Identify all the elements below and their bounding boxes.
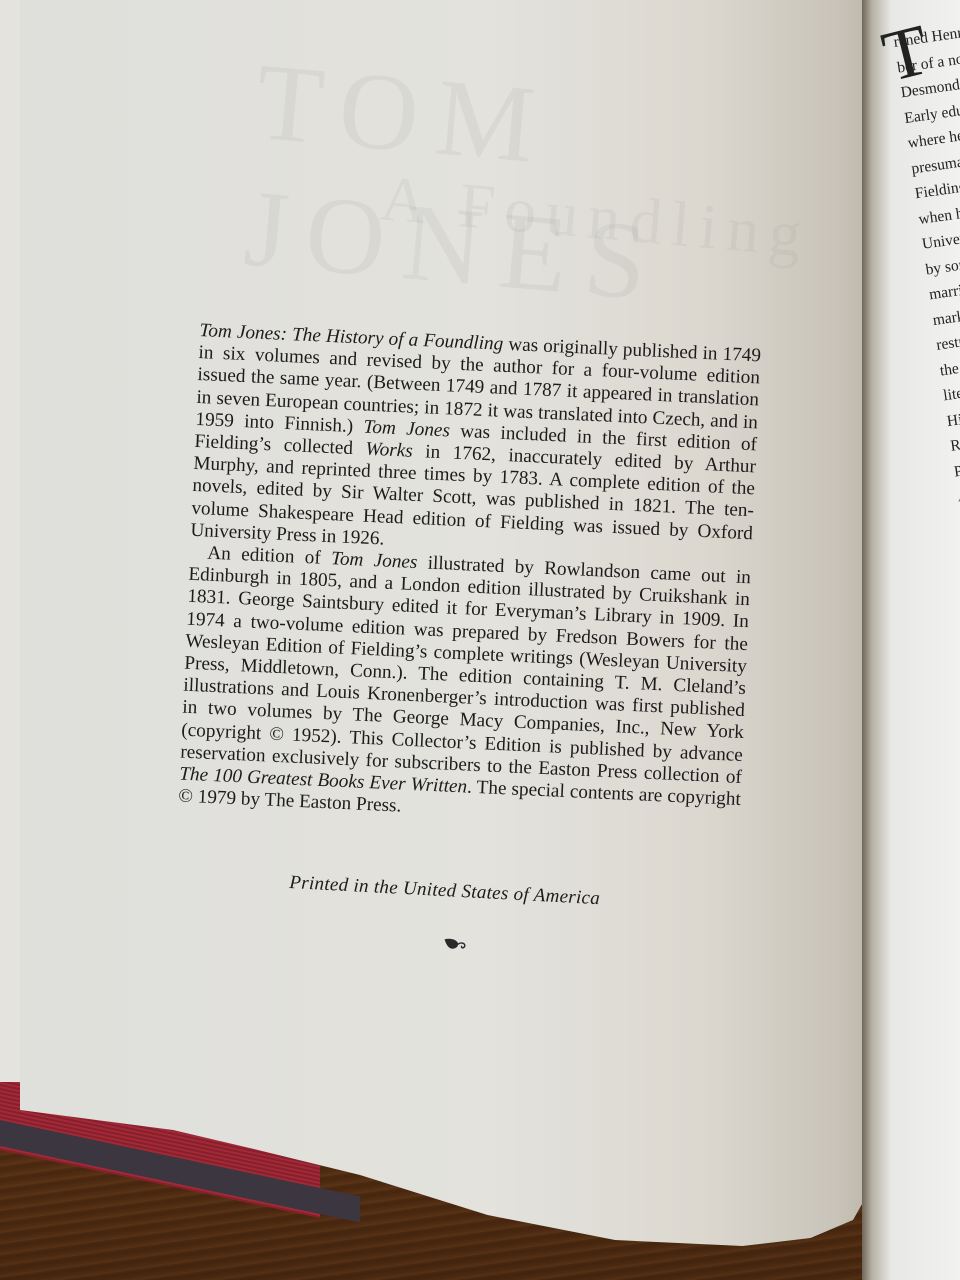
colophon-text-block: Tom Jones: The History of a Foundling wa… (178, 320, 762, 833)
italic-title: Tom Jones (363, 416, 450, 441)
italic-title: Tom Jones (331, 548, 418, 573)
text-run: in 1762, inaccurately edited by Arthur M… (190, 441, 756, 550)
colophon-paragraph-2: An edition of Tom Jones illustrated by R… (178, 542, 752, 834)
italic-title: Works (365, 439, 413, 462)
right-page-text: rened Henry Fiber of a nobleDesmond.Earl… (892, 15, 960, 788)
leaf-fleuron-icon (442, 934, 470, 953)
underlying-page-edge (0, 0, 23, 1082)
text-run: illustrated by Rowlandson came out in Ed… (180, 552, 751, 788)
right-page: T rened Henry Fiber of a nobleDesmond.Ea… (862, 0, 960, 1280)
colophon-paragraph-1: Tom Jones: The History of a Foundling wa… (190, 320, 761, 567)
